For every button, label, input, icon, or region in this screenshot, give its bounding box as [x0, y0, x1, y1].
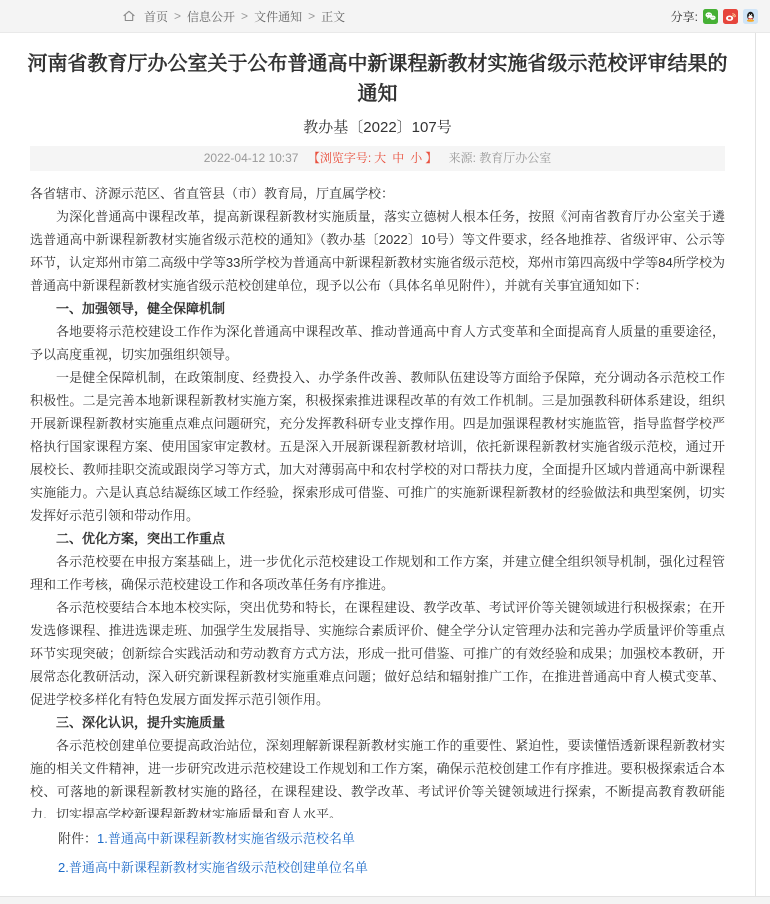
paragraph: 一是健全保障机制，在政策制度、经费投入、办学条件改善、教师队伍建设等方面给予保障… — [30, 366, 725, 527]
salutation: 各省辖市、济源示范区、省直管县（市）教育局，厅直属学校： — [30, 182, 725, 205]
page-title: 河南省教育厅办公室关于公布普通高中新课程新教材实施省级示范校评审结果的通知 — [24, 49, 731, 109]
weibo-share-icon[interactable] — [723, 9, 738, 24]
font-size-medium-button[interactable]: 中 — [392, 151, 404, 165]
attachment-row: 附件：1.普通高中新课程新教材实施省级示范校名单 — [58, 824, 725, 853]
font-size-widget: 【浏览字号:大中小】 — [308, 151, 437, 165]
breadcrumb-current: 正文 — [321, 8, 345, 25]
qq-share-icon[interactable] — [743, 9, 758, 24]
paragraph: 各地要将示范校建设工作作为深化普通高中课程改革、推动普通高中育人方式变革和全面提… — [30, 320, 725, 366]
breadcrumb: 首页 > 信息公开 > 文件通知 > 正文 — [122, 8, 345, 25]
breadcrumb-home-link[interactable]: 首页 — [144, 8, 168, 25]
home-icon — [122, 9, 136, 23]
attachments-label: 附件： — [58, 831, 97, 846]
section-heading-1: 一、加强领导，健全保障机制 — [30, 297, 725, 320]
meta-bar: 2022-04-12 10:37 【浏览字号:大中小】 来源: 教育厅办公室 — [30, 146, 725, 171]
share-bar: 分享: — [671, 8, 758, 25]
share-label: 分享: — [671, 8, 698, 25]
document-number: 教办基〔2022〕107号 — [0, 116, 755, 137]
paragraph: 各示范校要结合本地本校实际，突出优势和特长，在课程建设、教学改革、考试评价等关键… — [30, 596, 725, 711]
breadcrumb-bar: 首页 > 信息公开 > 文件通知 > 正文 分享: — [0, 0, 770, 33]
font-size-prefix: 【浏览字号: — [308, 151, 371, 165]
article-panel: 河南省教育厅办公室关于公布普通高中新课程新教材实施省级示范校评审结果的通知 教办… — [0, 33, 756, 896]
font-size-suffix: 】 — [425, 151, 437, 165]
font-size-large-button[interactable]: 大 — [374, 151, 386, 165]
breadcrumb-separator: > — [241, 9, 248, 23]
paragraph: 各示范校要在申报方案基础上，进一步优化示范校建设工作规划和工作方案，并建立健全组… — [30, 550, 725, 596]
breadcrumb-separator: > — [174, 9, 181, 23]
wechat-share-icon[interactable] — [703, 9, 718, 24]
breadcrumb-notices-link[interactable]: 文件通知 — [254, 8, 302, 25]
source-label: 来源: 教育厅办公室 — [449, 151, 552, 165]
attachments-block: 附件：1.普通高中新课程新教材实施省级示范校名单 2.普通高中新课程新教材实施省… — [30, 824, 725, 882]
attachment-link-2[interactable]: 2.普通高中新课程新教材实施省级示范校创建单位名单 — [58, 860, 368, 875]
page-footer-strip — [0, 896, 770, 904]
breadcrumb-separator: > — [308, 9, 315, 23]
paragraph: 各示范校创建单位要提高政治站位，深刻理解新课程新教材实施工作的重要性、紧迫性，要… — [30, 734, 725, 818]
section-heading-3: 三、深化认识，提升实施质量 — [30, 711, 725, 734]
publish-datetime: 2022-04-12 10:37 — [204, 151, 299, 165]
font-size-small-button[interactable]: 小 — [410, 151, 422, 165]
section-heading-2: 二、优化方案，突出工作重点 — [30, 527, 725, 550]
attachment-row: 2.普通高中新课程新教材实施省级示范校创建单位名单 — [58, 853, 725, 882]
paragraph: 为深化普通高中课程改革，提高新课程新教材实施质量，落实立德树人根本任务，按照《河… — [30, 205, 725, 297]
article-body: 各省辖市、济源示范区、省直管县（市）教育局，厅直属学校： 为深化普通高中课程改革… — [30, 182, 725, 818]
attachment-link-1[interactable]: 1.普通高中新课程新教材实施省级示范校名单 — [97, 831, 355, 846]
breadcrumb-info-link[interactable]: 信息公开 — [187, 8, 235, 25]
